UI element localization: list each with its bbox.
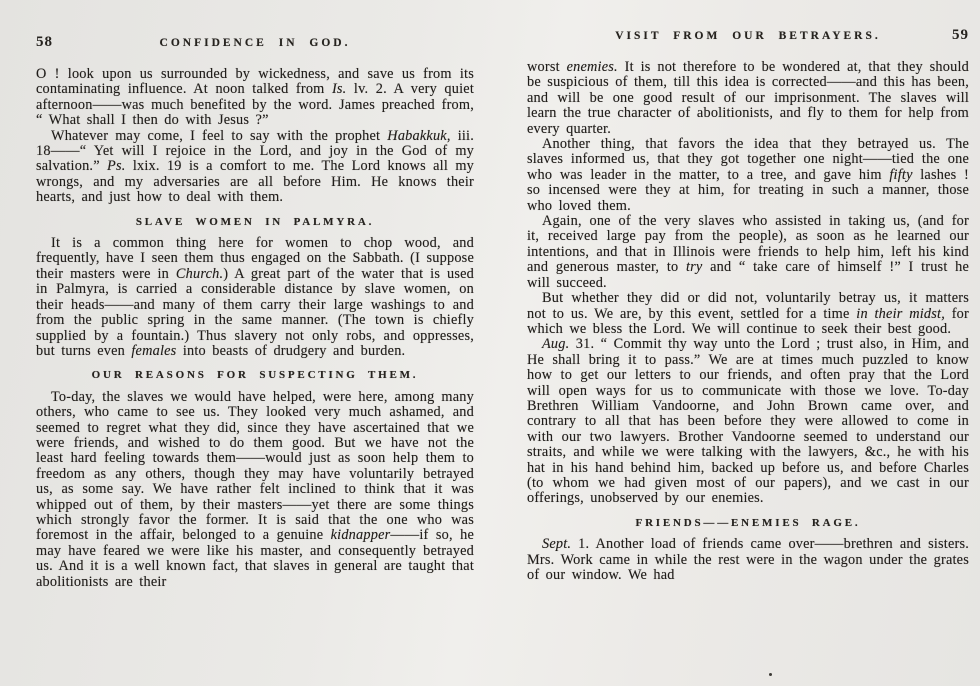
text-run: Whatever may come, I feel to say with th… (51, 128, 387, 144)
italic-text-run: kidnapper (331, 527, 391, 543)
italic-text-run: Is. (332, 81, 347, 97)
paragraph: Aug. 31. “ Commit thy way unto the Lord … (527, 337, 969, 506)
paragraph: To-day, the slaves we would have helped,… (36, 390, 474, 590)
book-page-right: VISIT FROM OUR BETRAYERS. 59 worst enemi… (527, 27, 969, 583)
running-title: CONFIDENCE IN GOD. (86, 37, 424, 49)
paragraph: Whatever may come, I feel to say with th… (36, 129, 474, 206)
italic-text-run: enemies. (567, 59, 618, 75)
text-run: worst (527, 59, 567, 75)
italic-text-run: females (131, 343, 176, 359)
paragraph: worst enemies. It is not therefore to be… (527, 60, 969, 137)
page-number: 58 (36, 34, 86, 51)
italic-text-run: Aug. (542, 336, 569, 352)
book-page-left: 58 CONFIDENCE IN GOD. O ! look upon us s… (36, 34, 474, 590)
italic-text-run: Habakkuk (387, 128, 447, 144)
text-run: 1. Another load of friends came over——br… (527, 536, 969, 583)
section-heading: OUR REASONS FOR SUSPECTING THEM. (36, 368, 474, 383)
running-title: VISIT FROM OUR BETRAYERS. (577, 30, 919, 42)
italic-text-run: try (686, 259, 702, 275)
paragraph: O ! look upon us surrounded by wickednes… (36, 67, 474, 129)
section-heading: FRIENDS——ENEMIES RAGE. (527, 516, 969, 531)
text-run: 31. “ Commit thy way unto the Lord ; tru… (527, 336, 969, 506)
italic-text-run: Ps. (107, 158, 125, 174)
paragraph: Sept. 1. Another load of friends came ov… (527, 537, 969, 583)
paragraph: Another thing, that favors the idea that… (527, 137, 969, 214)
running-head: 58 CONFIDENCE IN GOD. (36, 34, 474, 51)
italic-text-run: Church. (176, 266, 223, 282)
page-body: worst enemies. It is not therefore to be… (527, 60, 969, 583)
italic-text-run: in their midst, (856, 306, 945, 322)
page-body: O ! look upon us surrounded by wickednes… (36, 67, 474, 590)
paragraph: But whether they did or did not, volunta… (527, 291, 969, 337)
italic-text-run: Sept. (542, 536, 571, 552)
paragraph: Again, one of the very slaves who assist… (527, 214, 969, 291)
italic-text-run: fifty (889, 167, 912, 183)
paragraph: It is a common thing here for women to c… (36, 236, 474, 359)
text-run: To-day, the slaves we would have helped,… (36, 389, 474, 544)
section-heading: SLAVE WOMEN IN PALMYRA. (36, 215, 474, 230)
text-run: into beasts of drudgery and burden. (176, 343, 405, 359)
running-head: VISIT FROM OUR BETRAYERS. 59 (527, 27, 969, 44)
page-number: 59 (919, 27, 969, 44)
scan-speck (769, 673, 772, 676)
